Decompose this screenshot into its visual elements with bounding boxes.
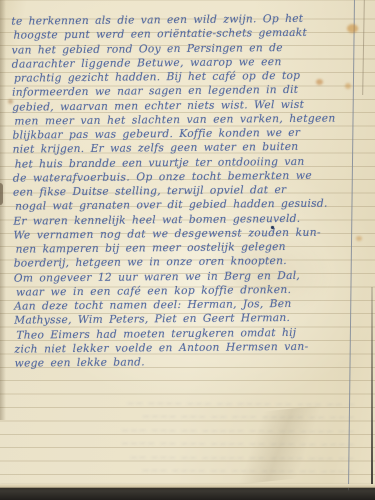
rust-stain (356, 236, 362, 241)
binding-notch (0, 183, 3, 205)
binding-shadow (0, 0, 6, 420)
notebook-page-photo: ~ ~~ ~~~ ~~ ~~~~ ~~ ~~~ ~~~~ ~~~~~ ~~ ~~… (0, 0, 375, 500)
rust-stain (316, 79, 323, 85)
photo-dark-border (0, 487, 375, 500)
rust-stain (345, 83, 351, 89)
rust-stain (8, 99, 13, 104)
handwritten-text: te herkennen als die van een wild zwijn.… (11, 11, 349, 370)
rust-stain (347, 24, 358, 33)
ink-blot (271, 226, 274, 229)
page-edge-shadow (371, 287, 373, 487)
